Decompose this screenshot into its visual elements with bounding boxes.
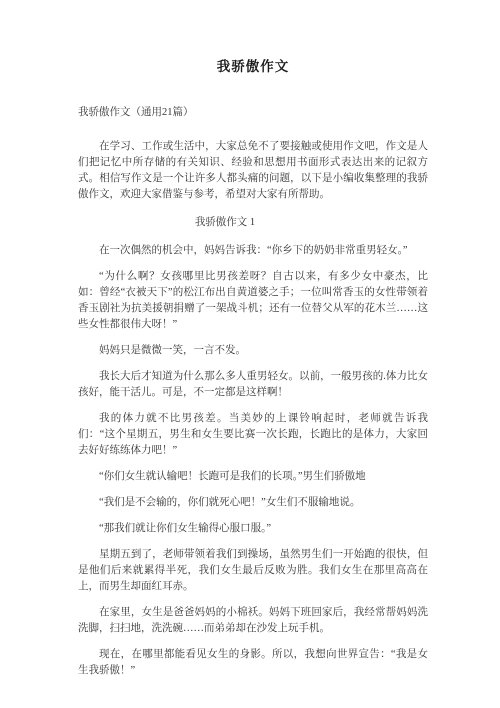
essay-paragraph-4: 我长大后才知道为什么那么多人重男轻女。以前，一般男孩的.体力比女孩好，能干活儿。… bbox=[78, 369, 428, 401]
intro-paragraph: 在学习、工作或生活中，大家总免不了要接触或使用作文吧，作文是人们把记忆中所存储的… bbox=[78, 139, 428, 203]
document-page: 我骄傲作文 我骄傲作文（通用21篇） 在学习、工作或生活中，大家总免不了要接触或… bbox=[0, 0, 500, 708]
doc-title: 我骄傲作文 bbox=[78, 55, 428, 79]
essay-paragraph-1: 在一次偶然的机会中，妈妈告诉我：“你乡下的奶奶非常重男轻女。” bbox=[78, 243, 428, 259]
essay-paragraph-8: “那我们就让你们女生输得心服口服。” bbox=[78, 521, 428, 537]
section-heading: 我骄傲作文 1 bbox=[78, 215, 372, 231]
essay-paragraph-11: 现在，在哪里都能看见女生的身影。所以，我想向世界宣告：“我是女生我骄傲！” bbox=[78, 647, 428, 679]
essay-paragraph-5: 我的体力就不比男孩差。当美妙的上课铃响起时，老师就告诉我们：“这个星期五，男生和… bbox=[78, 411, 428, 459]
essay-paragraph-9: 星期五到了，老师带领着我们到操场，虽然男生们一开始跑的很快，但是他们后来就累得半… bbox=[78, 547, 428, 595]
essay-paragraph-6: “你们女生就认输吧！长跑可是我们的长项。”男生们骄傲地 bbox=[78, 469, 428, 485]
essay-paragraph-7: “我们是不会输的，你们就死心吧！”女生们不服输地说。 bbox=[78, 495, 428, 511]
essay-paragraph-2: “为什么啊？女孩哪里比男孩差呀？自古以来，有多少女中豪杰，比如：曾经“衣被天下”… bbox=[78, 269, 428, 333]
essay-paragraph-3: 妈妈只是微微一笑，一言不发。 bbox=[78, 343, 428, 359]
essay-paragraph-10: 在家里，女生是爸爸妈妈的小棉袄。妈妈下班回家后，我经常帮妈妈洗洗脚，扫扫地，洗洗… bbox=[78, 605, 428, 637]
doc-subtitle: 我骄傲作文（通用21篇） bbox=[78, 105, 428, 121]
